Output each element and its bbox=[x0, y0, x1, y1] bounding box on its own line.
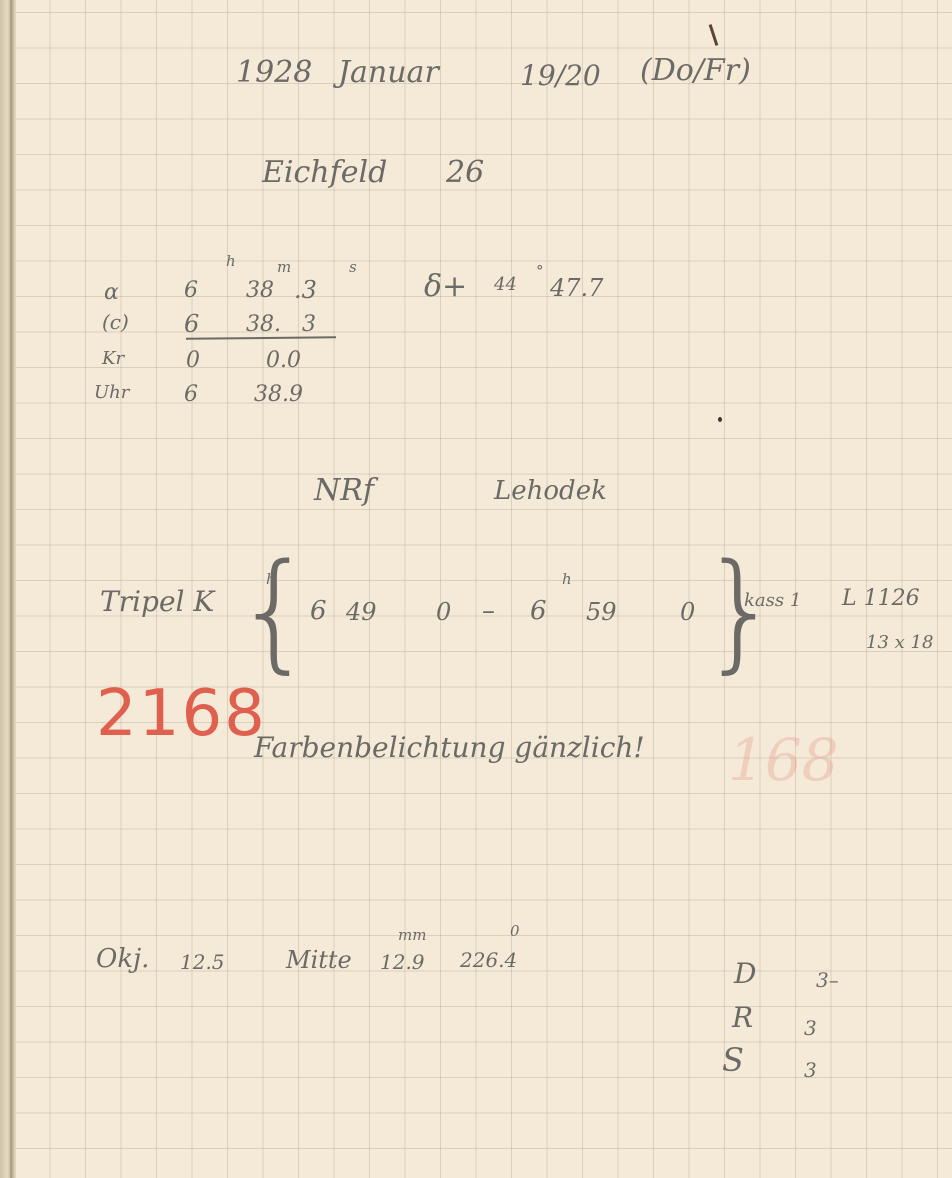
unit-mm: mm bbox=[398, 926, 426, 944]
range-separator: – bbox=[482, 598, 495, 624]
row-hours: 6 bbox=[184, 280, 198, 302]
row-hours: 0 bbox=[186, 350, 200, 372]
row-label-c: (c) bbox=[102, 312, 129, 332]
declination-minutes: 47.7 bbox=[550, 276, 603, 300]
plate-size: 13 x 18 bbox=[866, 634, 933, 652]
rating-value-d: 3– bbox=[816, 970, 839, 990]
row-minutes: 38. bbox=[246, 314, 281, 336]
header-weekdays: (Do/Fr) bbox=[640, 56, 751, 86]
ink-dot bbox=[718, 417, 722, 422]
end-seconds: 0 bbox=[680, 600, 695, 624]
header-days: 19/20 bbox=[520, 62, 601, 90]
plate-id: L 1126 bbox=[842, 588, 920, 610]
object-number: 26 bbox=[446, 158, 484, 188]
row-minutes: 0.0 bbox=[266, 350, 301, 372]
row-hours: 6 bbox=[184, 384, 198, 406]
notebook-binding bbox=[0, 0, 16, 1178]
weather-value1: 12.5 bbox=[180, 952, 225, 972]
degree-symbol: ° bbox=[536, 262, 544, 280]
bleed-through-marks: 168 bbox=[728, 726, 839, 794]
weather-value2: 12.9 bbox=[380, 952, 425, 972]
unit-hours: h bbox=[226, 252, 236, 270]
row-label-uhr: Uhr bbox=[94, 384, 129, 402]
rating-symbol-d: D bbox=[734, 960, 756, 988]
notebook-page: 1928 Januar 19/20 (Do/Fr) Eichfeld 26 h … bbox=[0, 0, 952, 1178]
plate-number: 2168 bbox=[96, 682, 267, 746]
start-minutes: 49 bbox=[346, 600, 377, 624]
unit-hours: h bbox=[266, 570, 276, 588]
unit-seconds: s bbox=[349, 258, 357, 276]
unit-degree: 0 bbox=[510, 922, 520, 940]
row-minutes: 38 bbox=[246, 280, 274, 302]
header-year: 1928 bbox=[236, 58, 312, 88]
row-seconds: .3 bbox=[294, 278, 317, 302]
exposure-label: Tripel K bbox=[100, 588, 214, 616]
cassette-label: kass 1 bbox=[744, 592, 801, 610]
weather-label: Okj. bbox=[96, 946, 149, 972]
end-minutes: 59 bbox=[586, 600, 617, 624]
sum-rule bbox=[186, 336, 336, 340]
rating-value-s: 3 bbox=[804, 1060, 817, 1080]
unit-hours: h bbox=[562, 570, 572, 588]
row-label-kr: Kr bbox=[102, 350, 124, 368]
binding-line bbox=[10, 0, 12, 1178]
rating-symbol-s: S bbox=[722, 1044, 744, 1076]
weather-value3: 226.4 bbox=[460, 950, 517, 970]
row-hours: 6 bbox=[184, 312, 199, 336]
remark-text: Farbenbelichtung gänzlich! bbox=[254, 734, 645, 762]
observer-name: Lehodek bbox=[494, 478, 607, 504]
header-month: Januar bbox=[338, 58, 439, 88]
object-name: Eichfeld bbox=[262, 158, 387, 188]
row-label-alpha: α bbox=[104, 282, 119, 304]
row-minutes: 38.9 bbox=[254, 384, 303, 406]
end-hours: 6 bbox=[530, 598, 547, 624]
left-brace: { bbox=[234, 548, 315, 676]
mean-label: Mitte bbox=[286, 948, 352, 972]
declination-degrees: 44 bbox=[494, 276, 517, 294]
ink-mark bbox=[709, 24, 719, 46]
rating-symbol-r: R bbox=[732, 1004, 753, 1032]
declination-label: δ+ bbox=[424, 272, 467, 302]
row-seconds: 3 bbox=[302, 314, 316, 336]
right-brace: } bbox=[700, 548, 781, 676]
start-hours: 6 bbox=[310, 598, 327, 624]
telescope-name: NRf bbox=[314, 476, 374, 506]
unit-minutes: m bbox=[277, 258, 291, 276]
start-seconds: 0 bbox=[436, 600, 451, 624]
rating-value-r: 3 bbox=[804, 1018, 817, 1038]
